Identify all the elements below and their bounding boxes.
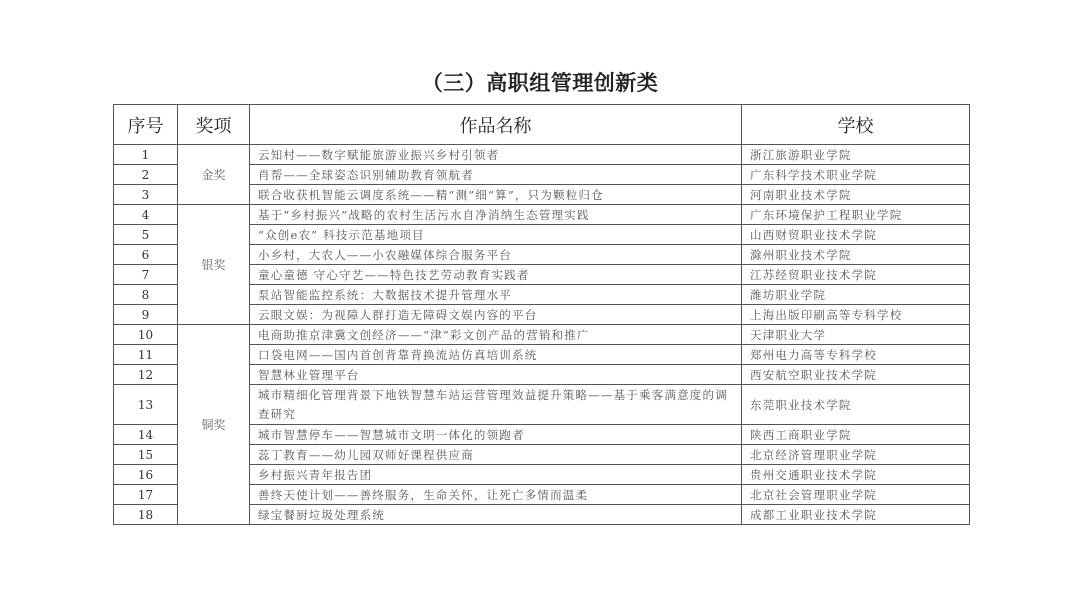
project-title: 联合收获机智能云调度系统——精“测”细“算”，只为颗粒归仓	[250, 185, 742, 205]
school-name: 河南职业技术学院	[742, 185, 970, 205]
table-row: 4 银奖 基于“乡村振兴”战略的农村生活污水自净消纳生态管理实践 广东环境保护工…	[114, 205, 970, 225]
table-row: 10 铜奖 电商助推京津冀文创经济——“津”彩文创产品的营销和推广 天津职业大学	[114, 325, 970, 345]
row-num: 6	[114, 245, 178, 265]
header-row: 序号 奖项 作品名称 学校	[114, 105, 970, 145]
row-num: 7	[114, 265, 178, 285]
project-title: 城市精细化管理背景下地铁智慧车站运营管理效益提升策略——基于乘客满意度的调查研究	[250, 385, 742, 425]
project-title: 电商助推京津冀文创经济——“津”彩文创产品的营销和推广	[250, 325, 742, 345]
school-name: 潍坊职业学院	[742, 285, 970, 305]
award-group-gold: 金奖	[178, 145, 250, 205]
header-school: 学校	[742, 105, 970, 145]
project-title: 城市智慧停车——智慧城市文明一体化的领跑者	[250, 425, 742, 445]
school-name: 天津职业大学	[742, 325, 970, 345]
project-title: 童心童德 守心守艺——特色技艺劳动教育实践者	[250, 265, 742, 285]
header-title: 作品名称	[250, 105, 742, 145]
page-title: （三）高职组管理创新类	[0, 68, 1080, 98]
row-num: 9	[114, 305, 178, 325]
award-group-silver: 银奖	[178, 205, 250, 325]
project-title: “众创e农” 科技示范基地项目	[250, 225, 742, 245]
project-title: 绿宝餐厨垃圾处理系统	[250, 505, 742, 525]
school-name: 浙江旅游职业学院	[742, 145, 970, 165]
row-num: 4	[114, 205, 178, 225]
school-name: 广东科学技术职业学院	[742, 165, 970, 185]
project-title: 肖帮——全球姿态识别辅助教育领航者	[250, 165, 742, 185]
school-name: 广东环境保护工程职业学院	[742, 205, 970, 225]
project-title: 智慧林业管理平台	[250, 365, 742, 385]
row-num: 8	[114, 285, 178, 305]
row-num: 16	[114, 465, 178, 485]
school-name: 北京经济管理职业学院	[742, 445, 970, 465]
project-title: 善终天使计划——善终服务，生命关怀，让死亡多情而温柔	[250, 485, 742, 505]
award-group-bronze: 铜奖	[178, 325, 250, 525]
header-award: 奖项	[178, 105, 250, 145]
project-title: 云眼文娱：为视障人群打造无障碍文娱内容的平台	[250, 305, 742, 325]
row-num: 2	[114, 165, 178, 185]
row-num: 3	[114, 185, 178, 205]
school-name: 郑州电力高等专科学校	[742, 345, 970, 365]
header-num: 序号	[114, 105, 178, 145]
row-num: 13	[114, 385, 178, 425]
row-num: 10	[114, 325, 178, 345]
project-title: 小乡村，大农人——小农融媒体综合服务平台	[250, 245, 742, 265]
school-name: 山西财贸职业技术学院	[742, 225, 970, 245]
project-title: 口袋电网——国内首创背靠背换流站仿真培训系统	[250, 345, 742, 365]
school-name: 江苏经贸职业技术学院	[742, 265, 970, 285]
row-num: 5	[114, 225, 178, 245]
row-num: 12	[114, 365, 178, 385]
row-num: 11	[114, 345, 178, 365]
school-name: 东莞职业技术学院	[742, 385, 970, 425]
row-num: 1	[114, 145, 178, 165]
project-title: 云知村——数字赋能旅游业振兴乡村引领者	[250, 145, 742, 165]
project-title: 蕊丁教育——幼儿园双师好课程供应商	[250, 445, 742, 465]
project-title: 乡村振兴青年报告团	[250, 465, 742, 485]
school-name: 成都工业职业技术学院	[742, 505, 970, 525]
project-title: 基于“乡村振兴”战略的农村生活污水自净消纳生态管理实践	[250, 205, 742, 225]
school-name: 西安航空职业技术学院	[742, 365, 970, 385]
awards-table: 序号 奖项 作品名称 学校 1 金奖 云知村——数字赋能旅游业振兴乡村引领者 浙…	[113, 104, 970, 525]
table-row: 1 金奖 云知村——数字赋能旅游业振兴乡村引领者 浙江旅游职业学院	[114, 145, 970, 165]
row-num: 14	[114, 425, 178, 445]
school-name: 贵州交通职业技术学院	[742, 465, 970, 485]
row-num: 15	[114, 445, 178, 465]
school-name: 滁州职业技术学院	[742, 245, 970, 265]
school-name: 北京社会管理职业学院	[742, 485, 970, 505]
row-num: 18	[114, 505, 178, 525]
school-name: 陕西工商职业学院	[742, 425, 970, 445]
project-title: 泵站智能监控系统：大数据技术提升管理水平	[250, 285, 742, 305]
school-name: 上海出版印刷高等专科学校	[742, 305, 970, 325]
row-num: 17	[114, 485, 178, 505]
